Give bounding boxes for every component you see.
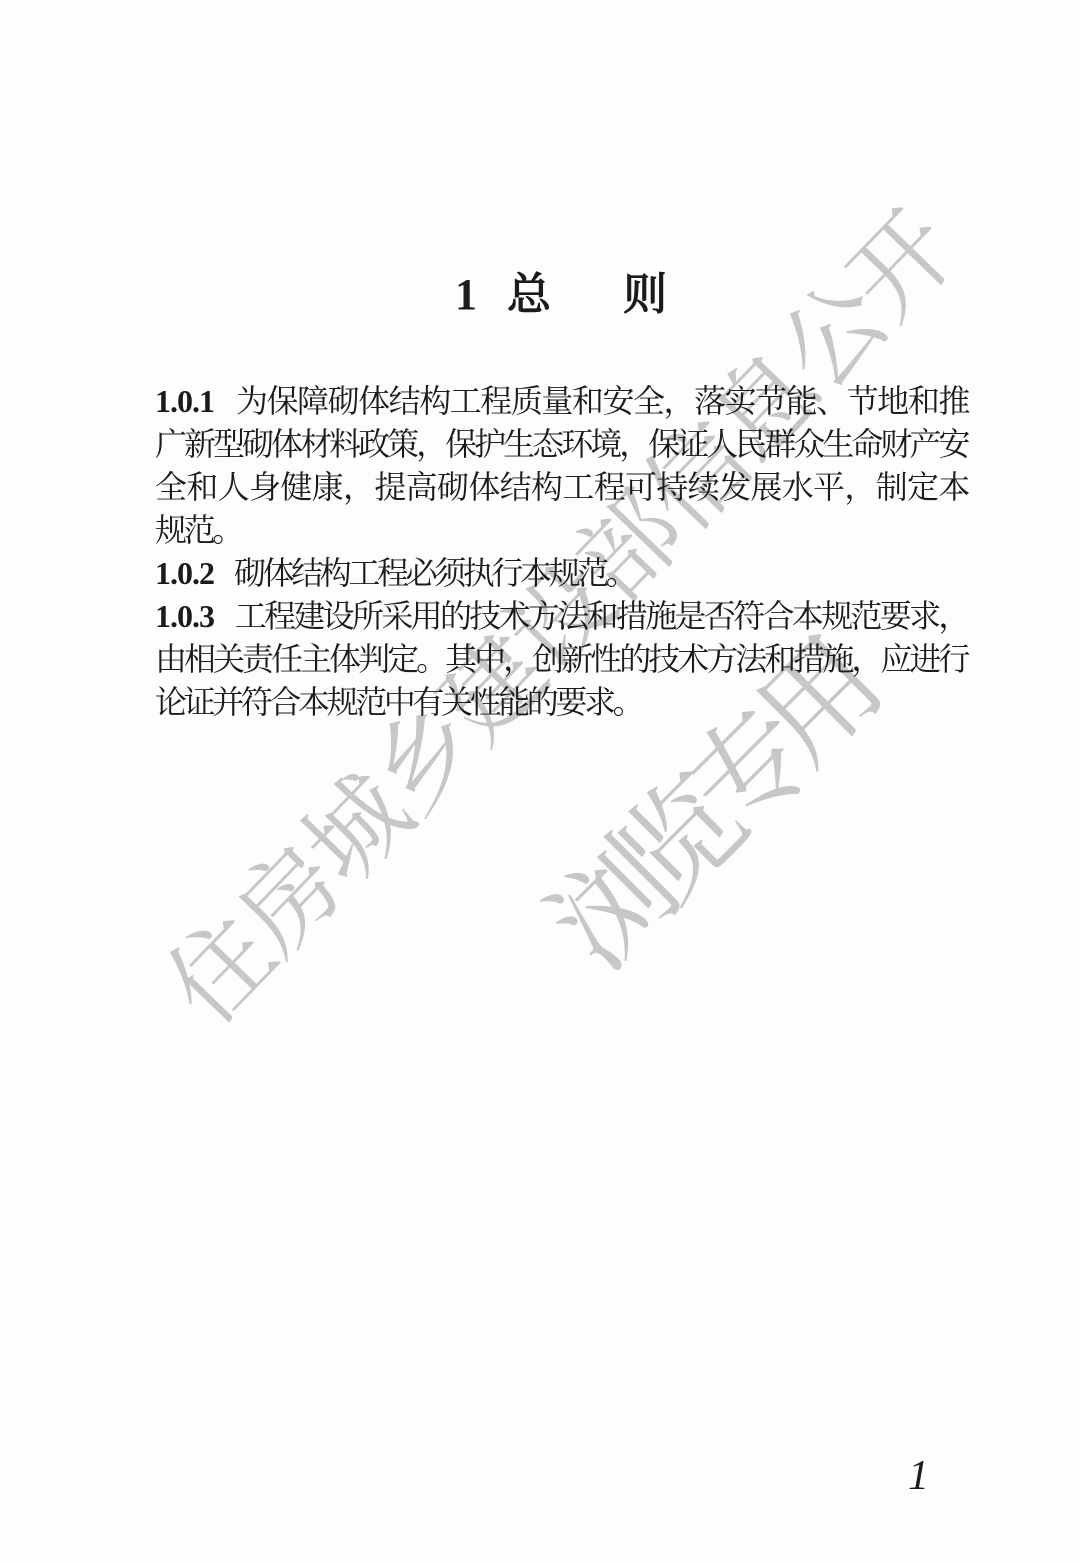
clause-text: 砌体结构工程必须执行本规范。 [234,555,634,591]
clause-text: 为保障砌体结构工程质量和安全，落实节能、节地和推 [234,383,967,419]
clause-text: 工程建设所采用的技术方法和措施是否符合本规范要求， [234,598,967,634]
clause-line: 由相关责任主体判定。其中，创新性的技术方法和措施，应进行 [155,638,967,681]
clause-text: 全和人身健康，提高砌体结构工程可持续发展水平，制定本 [155,469,967,505]
clause-line: 1.0.1为保障砌体结构工程质量和安全，落实节能、节地和推 [155,380,967,423]
chapter-title-char-1: 总 [507,271,551,319]
clause-number: 1.0.2 [155,555,214,591]
clause-text: 规范。 [155,512,241,548]
page-number: 1 [908,1452,929,1500]
clause-number: 1.0.3 [155,598,214,634]
chapter-title-char-2: 则 [623,271,667,319]
clause-text: 论证并符合本规范中有关性能的要求。 [155,684,641,720]
clause-text: 广新型砌体材料政策，保护生态环境，保证人民群众生命财产安 [155,426,967,462]
clause-line: 广新型砌体材料政策，保护生态环境，保证人民群众生命财产安 [155,423,967,466]
chapter-number: 1 [455,271,477,319]
clauses-body: 1.0.1为保障砌体结构工程质量和安全，落实节能、节地和推 广新型砌体材料政策，… [155,380,967,724]
clause-line: 1.0.3工程建设所采用的技术方法和措施是否符合本规范要求， [155,595,967,638]
chapter-title: 1 总 则 [0,271,1080,319]
clause-line: 规范。 [155,509,967,552]
document-page: 住房城乡建设部信息公开 浏览专用 1 总 则 1.0.1为保障砌体结构工程质量和… [0,0,1080,1563]
clause-line: 论证并符合本规范中有关性能的要求。 [155,681,967,724]
clause-line: 1.0.2砌体结构工程必须执行本规范。 [155,552,967,595]
clause-number: 1.0.1 [155,383,214,419]
clause-text: 由相关责任主体判定。其中，创新性的技术方法和措施，应进行 [155,641,967,677]
clause-line: 全和人身健康，提高砌体结构工程可持续发展水平，制定本 [155,466,967,509]
